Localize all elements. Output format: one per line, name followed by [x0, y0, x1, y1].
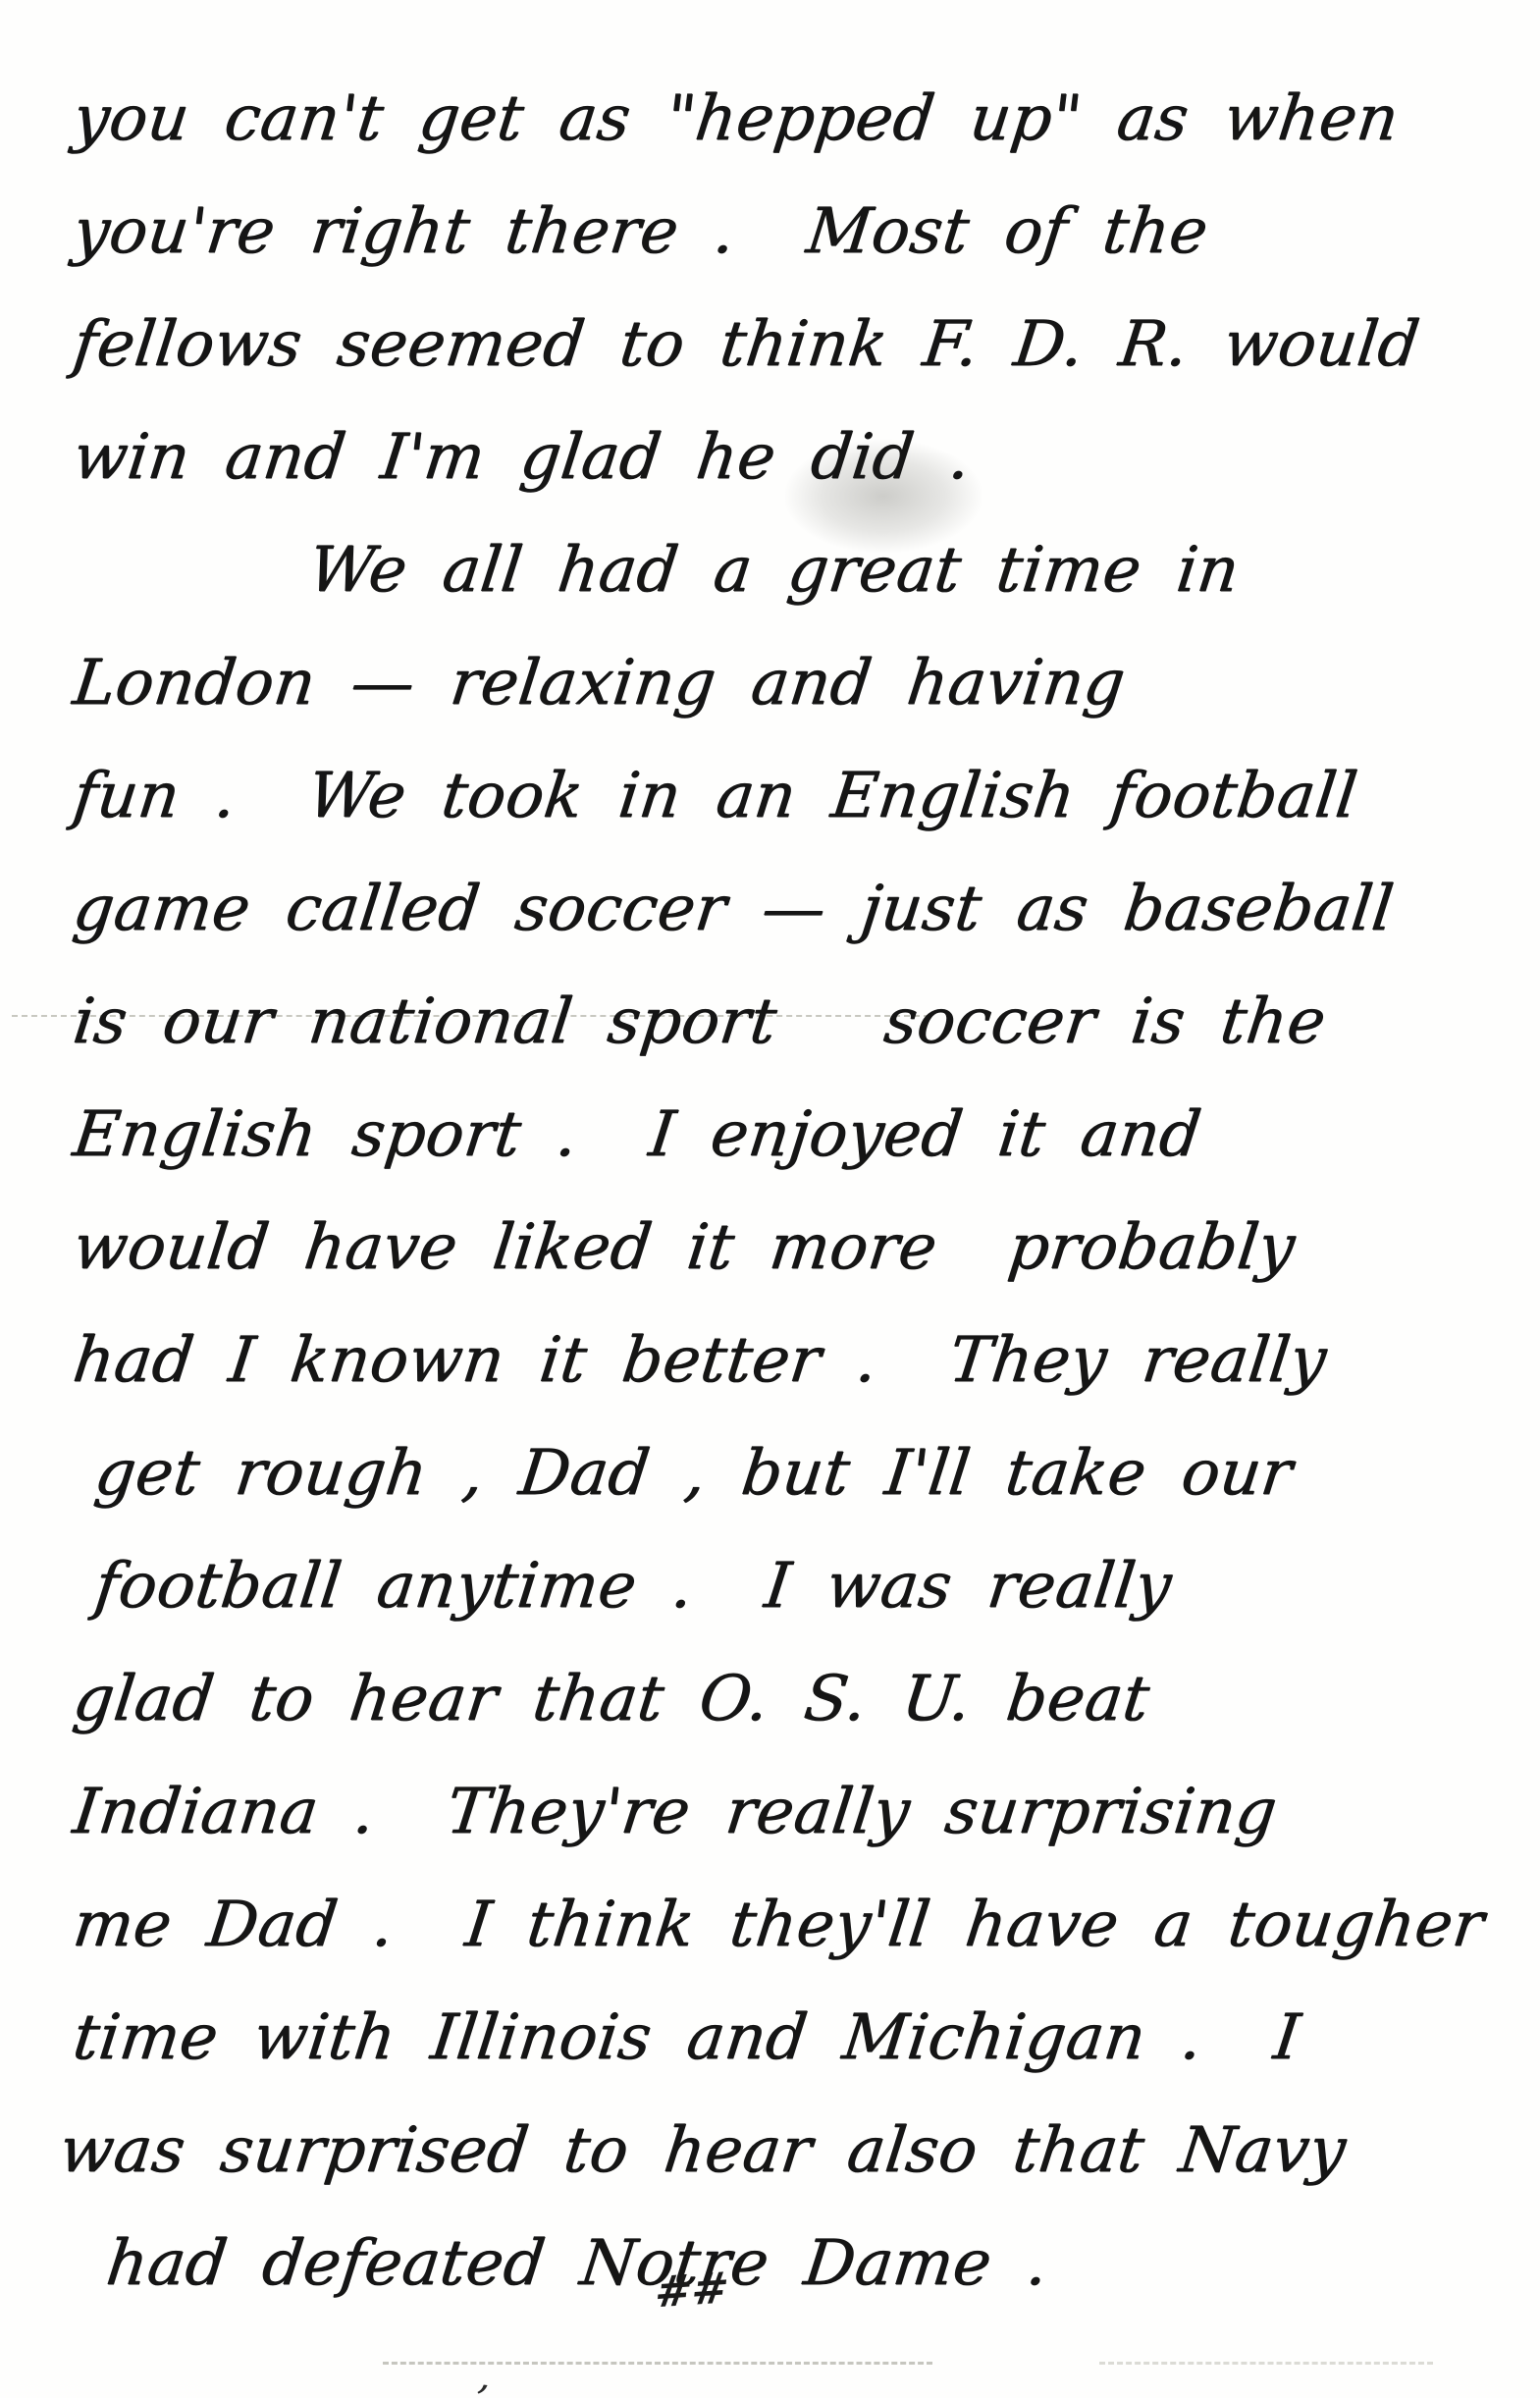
letter-line: football anytime . I was really — [88, 1530, 1493, 1643]
letter-line: fellows seemed to think F. D. R. would — [67, 289, 1493, 401]
letter-line: me Dad . I think they'll have a tougher — [67, 1869, 1493, 1982]
letter-line: glad to hear that O. S. U. beat — [67, 1643, 1493, 1756]
notre-dame-undermark: ## — [653, 2263, 731, 2318]
letter-line: English sport . I enjoyed it and — [67, 1079, 1493, 1192]
letter-line: fun . We took in an English football — [67, 740, 1493, 853]
letter-line: win and I'm glad he did . — [67, 401, 1493, 514]
letter-line: had I known it better . They really — [67, 1305, 1493, 1417]
letter-line: London — relaxing and having — [67, 627, 1493, 740]
letter-line: you can't get as "hepped up" as when — [67, 63, 1493, 176]
letter-body: you can't get as "hepped up" as when you… — [69, 63, 1481, 2320]
letter-line: had defeated Notre Dame . — [100, 2208, 1493, 2320]
letter-page: you can't get as "hepped up" as when you… — [0, 0, 1540, 2398]
letter-line: Indiana . They're really surprising — [67, 1756, 1493, 1869]
letter-line: is our national sport soccer is the — [67, 966, 1493, 1079]
letter-line: game called soccer — just as baseball — [67, 853, 1493, 966]
stray-ink-mark: , — [476, 2353, 495, 2398]
letter-line: was surprised to hear also that Navy — [53, 2095, 1493, 2208]
scan-artifact-line-bottom — [1099, 2362, 1433, 2365]
letter-line: you're right there . Most of the — [67, 176, 1493, 289]
letter-line: time with Illinois and Michigan . I — [67, 1982, 1493, 2095]
scan-artifact-line-bottom — [383, 2362, 932, 2365]
letter-line-paragraph-start: We all had a great time in — [67, 514, 1493, 627]
letter-line: would have liked it more probably — [67, 1192, 1493, 1305]
letter-line: get rough , Dad , but I'll take our — [88, 1417, 1493, 1530]
